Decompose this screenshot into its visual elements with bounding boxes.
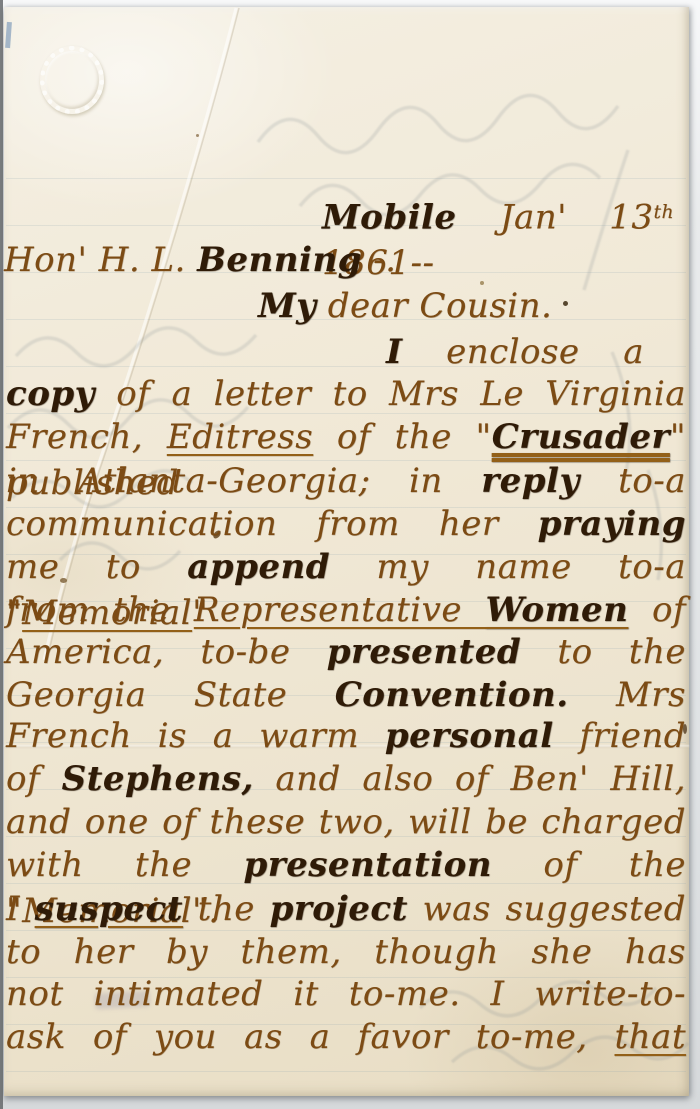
letter-line-10: from the Representative Women of bbox=[6, 587, 686, 633]
letter-text-segment: of bbox=[628, 590, 686, 630]
letter-text-segment: Editress bbox=[167, 417, 313, 457]
letter-text-segment: Georgia State bbox=[6, 675, 335, 715]
letter-text-segment: Crusader bbox=[492, 417, 670, 457]
letter-line-13: French is a warm personal friend bbox=[6, 713, 686, 759]
letter-text-segment: French, bbox=[6, 417, 167, 457]
letter-text-segment: presented bbox=[327, 632, 521, 672]
letter-text-segment: communication from her bbox=[6, 504, 538, 544]
letter-text-segment: th bbox=[653, 202, 674, 223]
letter-text-segment: with the bbox=[6, 845, 243, 885]
letter-line-14: of Stephens, and also of Ben' Hill, bbox=[6, 756, 686, 802]
letter-text-segment: America, to-be bbox=[6, 632, 327, 672]
letter-text-segment: me to bbox=[6, 547, 187, 587]
letter-text-segment: that bbox=[615, 1017, 687, 1057]
letter-text-segment: to the bbox=[521, 632, 686, 672]
letter-line-15: and one of these two, will be charged bbox=[6, 799, 686, 845]
letter-text-segment: to her by them, though she has bbox=[6, 932, 686, 972]
letter-text-segment: of bbox=[6, 759, 62, 799]
letter-text-segment: French is a warm bbox=[6, 716, 385, 756]
letter-text-segment: was suggested bbox=[408, 889, 686, 929]
letter-line-19: not intimated it to-me. I write-to- bbox=[6, 971, 686, 1017]
letter-text-segment: and also of Ben' Hill, bbox=[254, 759, 686, 799]
letter-text-segment: ask of you as a favor to-me, bbox=[6, 1017, 615, 1057]
letter-line-3: My dear Cousin. bbox=[258, 283, 552, 329]
letter-text-segment: friend bbox=[554, 716, 686, 756]
letter-text-segment: of the " bbox=[313, 417, 491, 457]
letter-text-segment: append bbox=[187, 547, 330, 587]
letter-line-7: in Atlanta-Georgia; in reply to-a bbox=[6, 458, 686, 504]
letter-line-17: I suspect the project was suggested bbox=[6, 886, 686, 932]
letter-text-segment: not intimated it to-me. I write-to- bbox=[6, 974, 686, 1014]
letter-text-segment: I bbox=[6, 889, 35, 929]
letter-line-4: I enclose a bbox=[386, 329, 644, 375]
letter-line-11: America, to-be presented to the bbox=[6, 629, 686, 675]
letter-text-segment: Jan' 13 bbox=[500, 197, 654, 237]
letter-text-segment: in Atlanta-Georgia; in bbox=[6, 461, 481, 501]
letter-text-segment: suspect bbox=[35, 889, 183, 929]
letter-text-segment: My bbox=[258, 286, 316, 326]
letter-text-segment: Representative bbox=[194, 590, 486, 630]
letter-text-segment: Mrs bbox=[569, 675, 686, 715]
letter-text-segment: Women bbox=[485, 590, 628, 630]
letter-text-segment: copy bbox=[6, 374, 95, 414]
letter-line-12: Georgia State Convention. Mrs bbox=[6, 672, 686, 718]
letter-text-segment: reply bbox=[481, 461, 580, 501]
letter-text-segment: Hon' H. L. bbox=[4, 240, 197, 280]
letter-text-segment: and one of these two, will be charged bbox=[6, 802, 686, 842]
letter-text-segment: Mobile bbox=[322, 197, 500, 237]
letter-line-18: to her by them, though she has bbox=[6, 929, 686, 975]
letter-text-segment: enclose a bbox=[402, 332, 644, 372]
letter-text-segment: project bbox=[270, 889, 408, 929]
letter-text-segment: praying bbox=[538, 504, 686, 544]
letter-text-segment: presentation bbox=[243, 845, 492, 885]
letter-text-segment: Stephens, bbox=[62, 759, 254, 799]
letter-text-segment: Benning bbox=[197, 240, 362, 280]
letter-scan: Mobile Jan' 13th 1861--Hon' H. L. Bennin… bbox=[0, 0, 700, 1109]
letter-body: Mobile Jan' 13th 1861--Hon' H. L. Bennin… bbox=[0, 0, 700, 1109]
letter-text-segment: personal bbox=[385, 716, 554, 756]
letter-line-5: copy of a letter to Mrs Le Virginia bbox=[6, 371, 686, 417]
letter-line-2: Hon' H. L. Benning -. bbox=[4, 237, 396, 283]
letter-line-20: ask of you as a favor to-me, that bbox=[6, 1014, 686, 1060]
letter-text-segment: the bbox=[183, 889, 270, 929]
letter-text-segment: to-a bbox=[580, 461, 686, 501]
letter-text-segment: -. bbox=[362, 240, 397, 280]
letter-text-segment: dear Cousin. bbox=[316, 286, 552, 326]
letter-text-segment: I bbox=[386, 332, 402, 372]
letter-text-segment: from the bbox=[6, 590, 194, 630]
letter-line-8: communication from her praying bbox=[6, 501, 686, 547]
letter-text-segment: Convention. bbox=[335, 675, 569, 715]
letter-text-segment: of a letter to Mrs Le Virginia bbox=[95, 374, 686, 414]
